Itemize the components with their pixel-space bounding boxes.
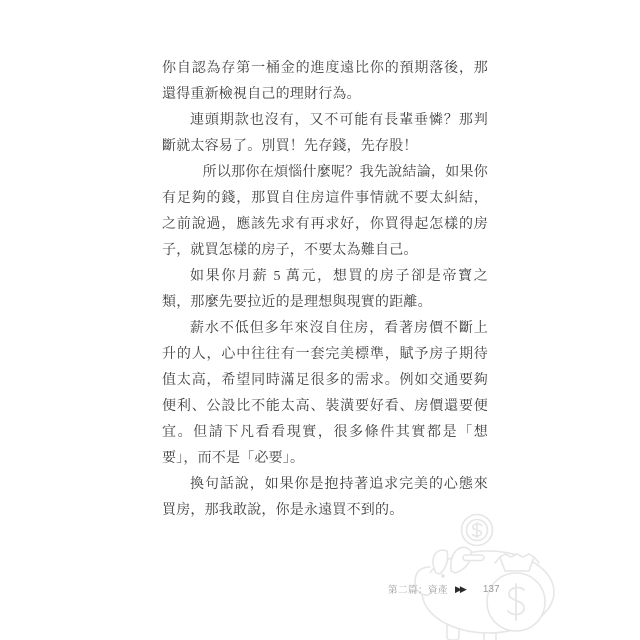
coin-icon: [462, 515, 493, 546]
paragraph: 你自認為存第一桶金的進度遠比你的預期落後，那還得重新檢視自己的理財行為。: [162, 56, 488, 108]
piggy-bank-illustration: [400, 500, 570, 640]
page-number: 137: [483, 584, 500, 595]
section-label: 第二篇：資產: [388, 582, 448, 596]
pig-coin-slot: [463, 555, 484, 561]
paragraph: 連頭期款也沒有，又不可能有長輩垂憐？那判斷就太容易了。別買！先存錢，先存股！: [162, 108, 488, 160]
paragraph: 薪水不低但多年來沒自住房，看著房價不斷上升的人，心中往往有一套完美標準，賦予房子…: [162, 316, 488, 472]
bag-tie: [500, 554, 534, 571]
paragraph: 如果你月薪 5 萬元，想買的房子卻是帝寶之類，那麼先要拉近的是理想與現實的距離。: [162, 264, 488, 316]
body-text: 你自認為存第一桶金的進度遠比你的預期落後，那還得重新檢視自己的理財行為。 連頭期…: [162, 56, 488, 524]
page-footer: 第二篇：資產 ▶▶ 137: [388, 581, 500, 597]
paragraph: 所以那你在煩惱什麼呢？我先說結論，如果你有足夠的錢，那買自住房這件事情就不要太糾…: [162, 160, 488, 264]
pig-eye: [441, 574, 444, 577]
book-page: 你自認為存第一桶金的進度遠比你的預期落後，那還得重新檢視自己的理財行為。 連頭期…: [0, 0, 640, 640]
double-arrow-icon: ▶▶: [455, 585, 467, 594]
